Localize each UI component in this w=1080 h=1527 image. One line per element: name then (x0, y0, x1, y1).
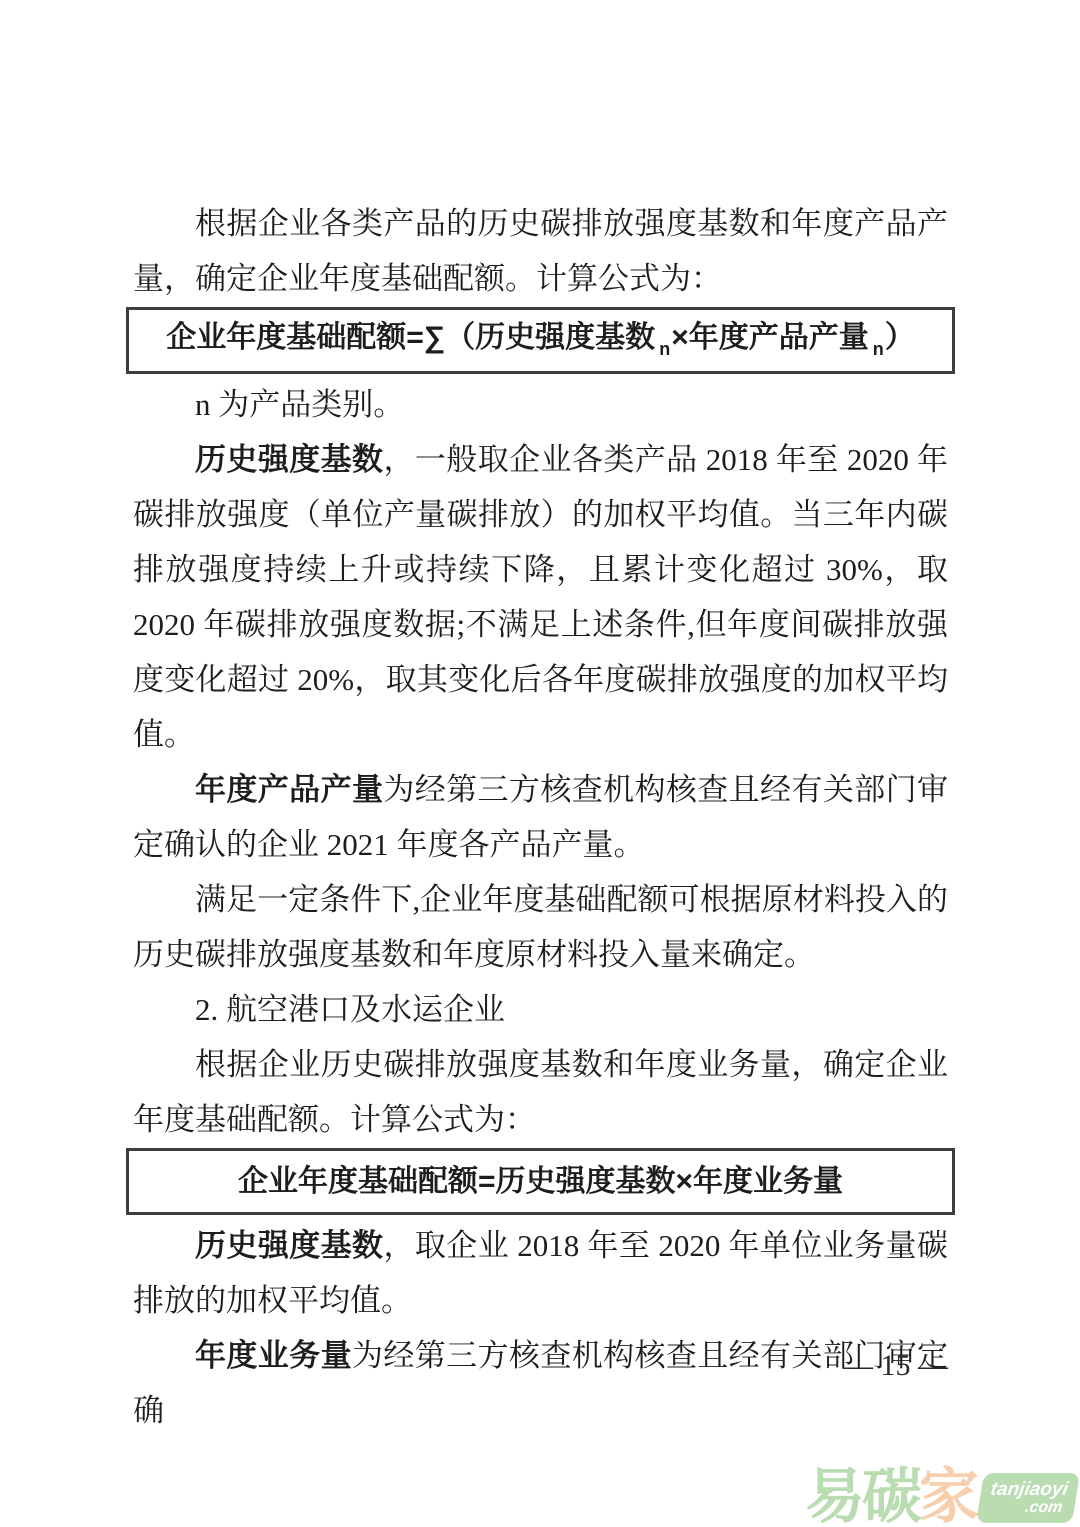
watermark-brand-orange-text: 家 (919, 1468, 976, 1525)
document-body: 根据企业各类产品的历史碳排放强度基数和年度产品产量，确定企业年度基础配额。计算公… (133, 196, 948, 1438)
paragraph-n-definition: n 为产品类别。 (133, 377, 948, 432)
watermark-logo: 易碳 家 tanjiaoyi .com (805, 1468, 1080, 1525)
term-annual-product-output: 年度产品产量 (195, 772, 383, 807)
formula-segment: ×年度产品产量 (671, 321, 869, 354)
paragraph-intro-products: 根据企业各类产品的历史碳排放强度基数和年度产品产量，确定企业年度基础配额。计算公… (133, 196, 948, 306)
paragraph-history-intensity-base: 历史强度基数，一般取企业各类产品 2018 年至 2020 年碳排放强度（单位产… (133, 432, 948, 762)
paragraph-text: n 为产品类别。 (195, 387, 404, 422)
formula-segment: ） (885, 321, 915, 354)
paragraph-history-intensity-base-2: 历史强度基数，取企业 2018 年至 2020 年单位业务量碳排放的加权平均值。 (133, 1218, 948, 1328)
paragraph-text: 根据企业历史碳排放强度基数和年度业务量，确定企业年度基础配额。计算公式为： (133, 1047, 948, 1137)
watermark-domain-badge: tanjiaoyi .com (976, 1473, 1080, 1523)
paragraph-raw-material-condition: 满足一定条件下,企业年度基础配额可根据原材料投入的历史碳排放强度基数和年度原材料… (133, 872, 948, 982)
formula-subscript-n: n (869, 339, 885, 359)
formula-text: 企业年度基础配额=历史强度基数×年度业务量 (238, 1167, 843, 1197)
term-history-intensity-base: 历史强度基数 (195, 442, 383, 477)
paragraph-text: 根据企业各类产品的历史碳排放强度基数和年度产品产量，确定企业年度基础配额。计算公… (133, 206, 948, 296)
section-heading-aviation-port-shipping: 2. 航空港口及水运企业 (133, 982, 948, 1037)
paragraph-text: 满足一定条件下,企业年度基础配额可根据原材料投入的历史碳排放强度基数和年度原材料… (133, 882, 948, 972)
formula-subscript-n: n (655, 339, 671, 359)
term-history-intensity-base: 历史强度基数 (195, 1228, 383, 1263)
page-number: — 15 — (133, 1346, 948, 1386)
formula-segment: 企业年度基础配额=∑（历史强度基数 (166, 321, 655, 354)
formula-box-annual-base-quota-products: 企业年度基础配额=∑（历史强度基数n×年度产品产量n） (126, 307, 955, 374)
page-number-label: — 15 — (843, 1349, 948, 1382)
watermark-domain-tld: .com (983, 1500, 1070, 1517)
section-heading-text: 2. 航空港口及水运企业 (195, 992, 505, 1027)
watermark-domain-name: tanjiaoyi (986, 1480, 1073, 1500)
formula-box-annual-base-quota-business: 企业年度基础配额=历史强度基数×年度业务量 (126, 1148, 955, 1215)
paragraph-intro-business-volume: 根据企业历史碳排放强度基数和年度业务量，确定企业年度基础配额。计算公式为： (133, 1037, 948, 1147)
watermark-brand-green-text: 易碳 (805, 1468, 919, 1525)
paragraph-annual-product-output: 年度产品产量为经第三方核查机构核查且经有关部门审定确认的企业 2021 年度各产… (133, 762, 948, 872)
paragraph-text: ，一般取企业各类产品 2018 年至 2020 年碳排放强度（单位产量碳排放）的… (133, 442, 948, 752)
formula-text: 企业年度基础配额=∑（历史强度基数n×年度产品产量n） (166, 323, 914, 358)
